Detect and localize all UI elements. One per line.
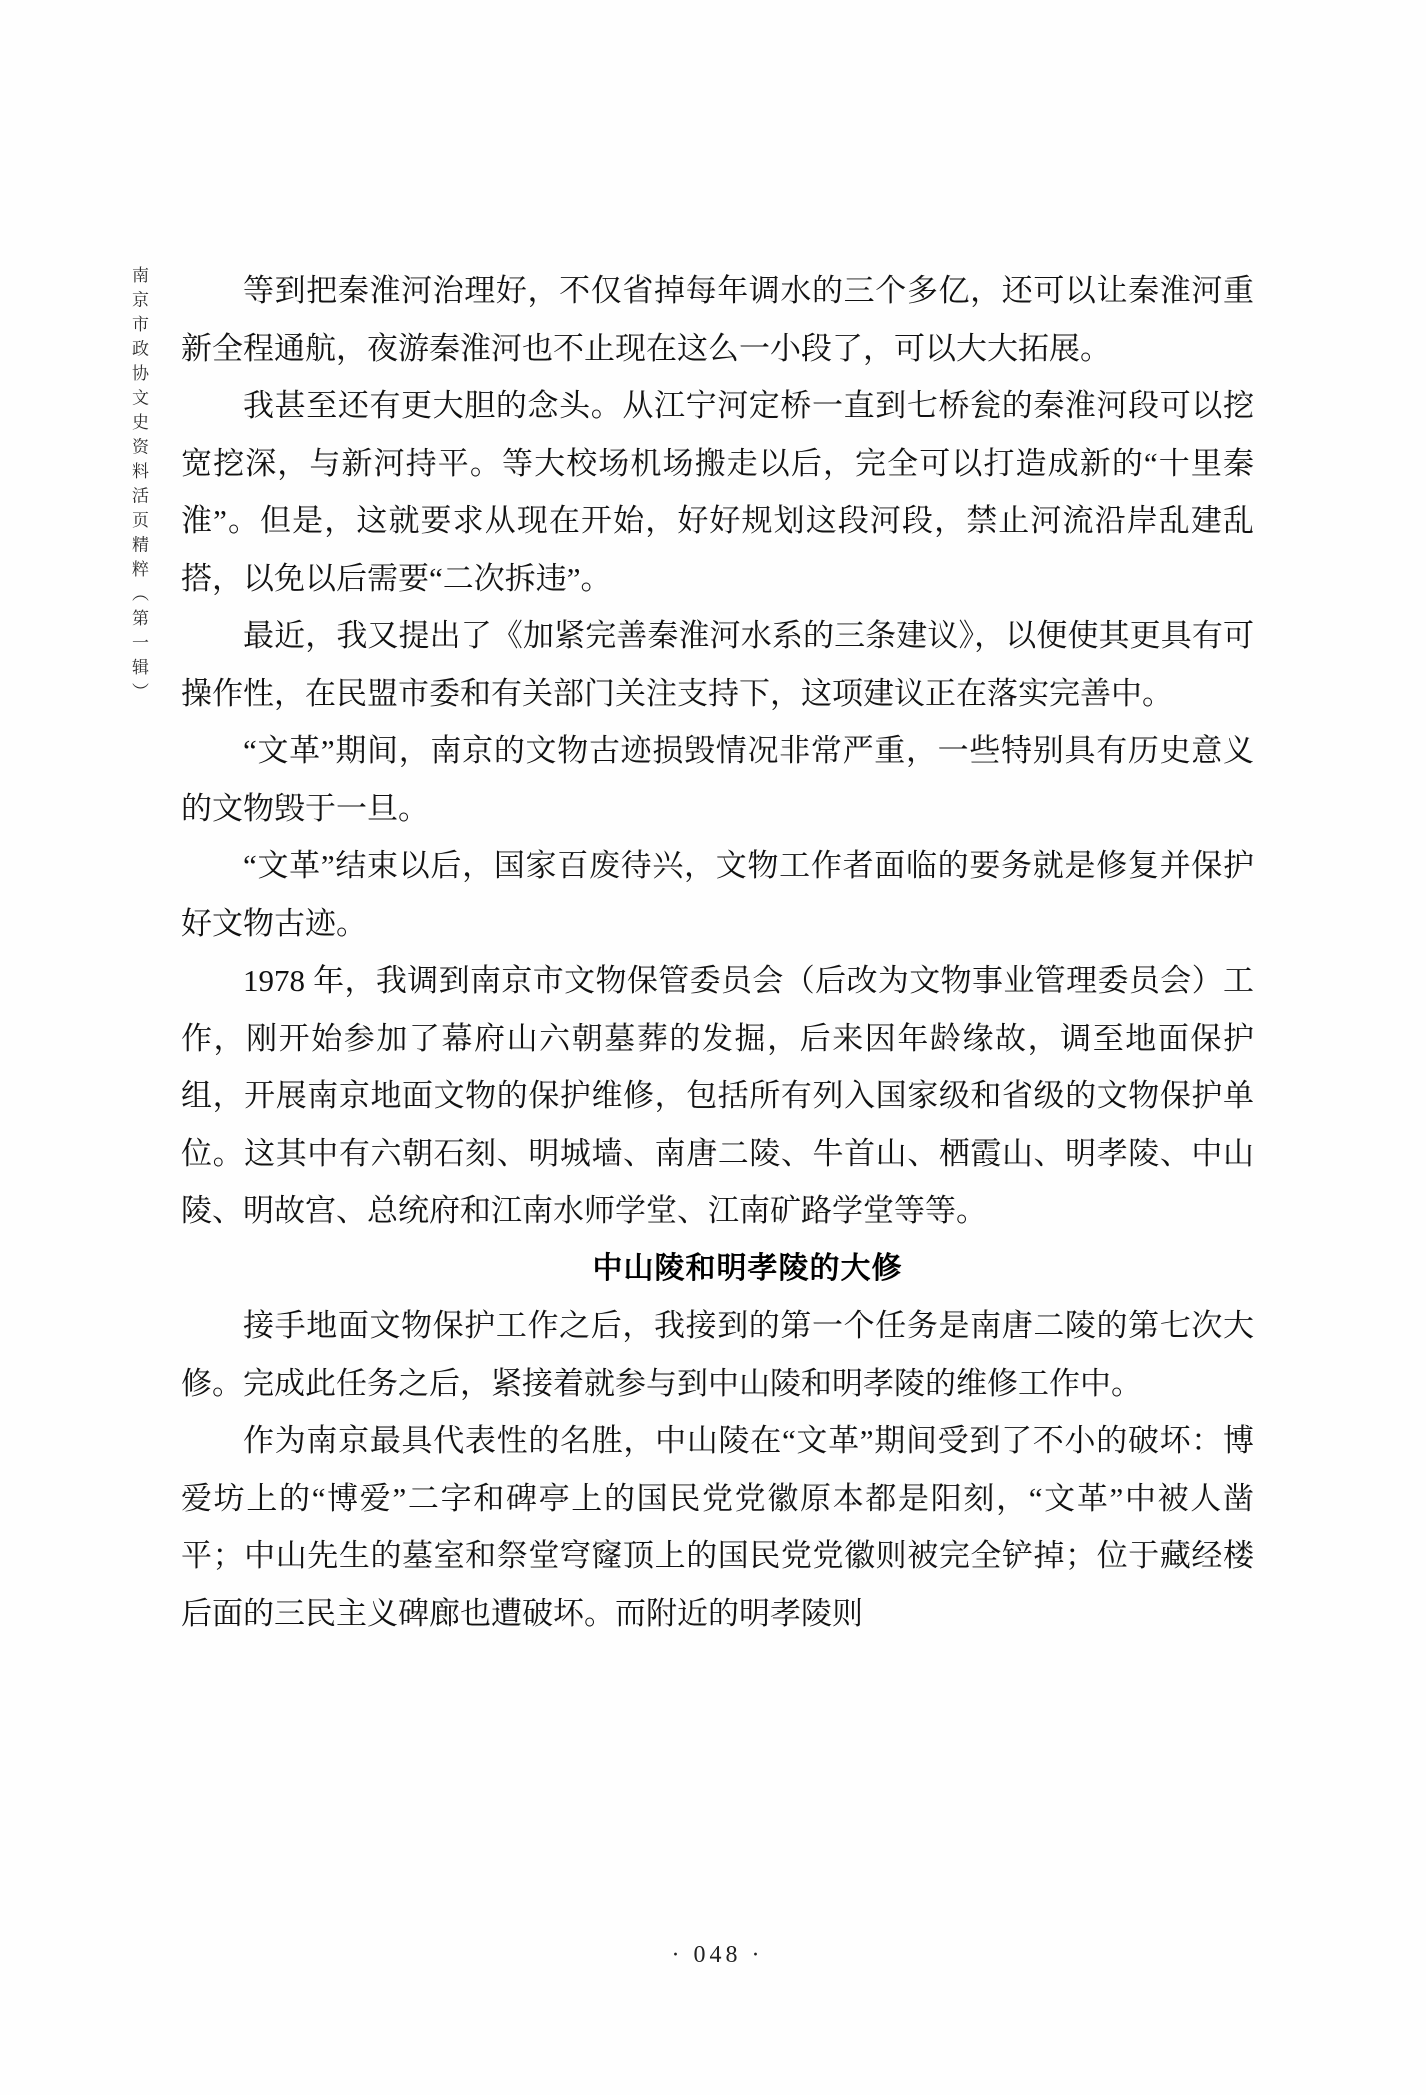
paragraph: 我甚至还有更大胆的念头。从江宁河定桥一直到七桥瓮的秦淮河段可以挖宽挖深，与新河持… <box>181 377 1254 607</box>
body-text: 等到把秦淮河治理好，不仅省掉每年调水的三个多亿，还可以让秦淮河重新全程通航，夜游… <box>181 262 1254 1642</box>
paragraph: 接手地面文物保护工作之后，我接到的第一个任务是南唐二陵的第七次大修。完成此任务之… <box>181 1297 1254 1412</box>
paragraph: 作为南京最具代表性的名胜，中山陵在“文革”期间受到了不小的破坏：博爱坊上的“博爱… <box>181 1412 1254 1642</box>
paragraph: 1978 年，我调到南京市文物保管委员会（后改为文物事业管理委员会）工作，刚开始… <box>181 952 1254 1240</box>
paragraph: 最近，我又提出了《加紧完善秦淮河水系的三条建议》，以便使其更具有可操作性，在民盟… <box>181 607 1254 722</box>
section-heading: 中山陵和明孝陵的大修 <box>181 1240 1254 1298</box>
paragraph: 等到把秦淮河治理好，不仅省掉每年调水的三个多亿，还可以让秦淮河重新全程通航，夜游… <box>181 262 1254 377</box>
sidebar-vertical-title: 南京市政协文史资料活页精粹（第一辑） <box>126 266 151 707</box>
book-page: 南京市政协文史资料活页精粹（第一辑） 等到把秦淮河治理好，不仅省掉每年调水的三个… <box>0 0 1426 2095</box>
page-number: · 048 · <box>181 1940 1254 1970</box>
paragraph: “文革”结束以后，国家百废待兴，文物工作者面临的要务就是修复并保护好文物古迹。 <box>181 837 1254 952</box>
paragraph: “文革”期间，南京的文物古迹损毁情况非常严重，一些特别具有历史意义的文物毁于一旦… <box>181 722 1254 837</box>
